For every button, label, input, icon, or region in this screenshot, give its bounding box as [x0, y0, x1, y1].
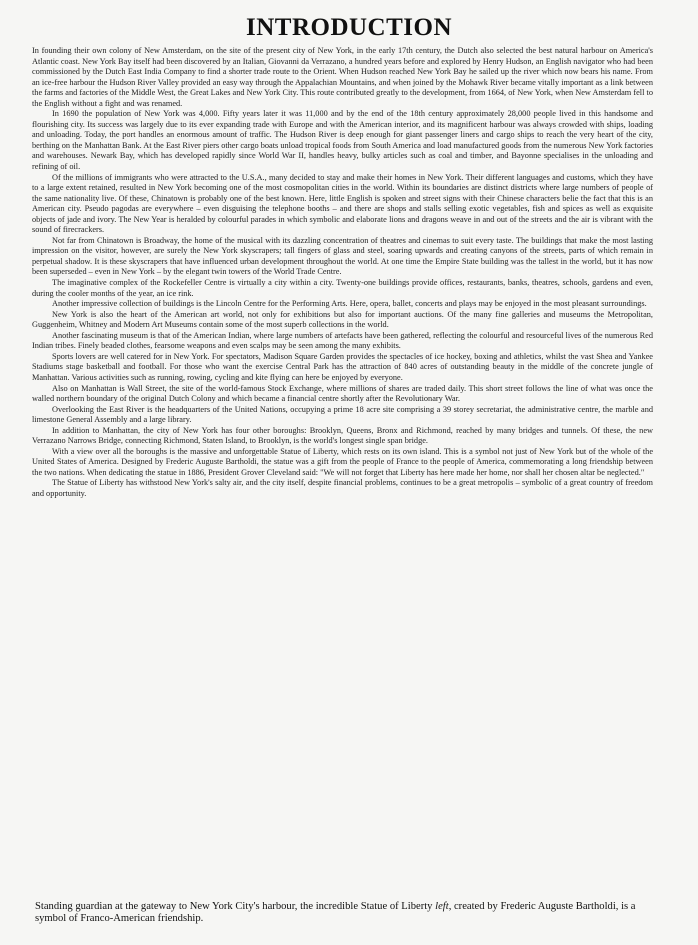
- photo-caption: Standing guardian at the gateway to New …: [35, 901, 660, 925]
- paragraph: With a view over all the boroughs is the…: [32, 447, 653, 479]
- body-text: In founding their own colony of New Amst…: [32, 46, 653, 500]
- document-page: INTRODUCTION In founding their own colon…: [0, 0, 698, 945]
- paragraph: Also on Manhattan is Wall Street, the si…: [32, 384, 653, 405]
- caption-italic: left: [435, 901, 449, 912]
- paragraph: The Statue of Liberty has withstood New …: [32, 478, 653, 499]
- paragraph: Of the millions of immigrants who were a…: [32, 173, 653, 236]
- page-title: INTRODUCTION: [0, 14, 698, 42]
- paragraph: Another fascinating museum is that of th…: [32, 331, 653, 352]
- paragraph: New York is also the heart of the Americ…: [32, 310, 653, 331]
- caption-text: Standing guardian at the gateway to New …: [35, 901, 435, 912]
- paragraph: Overlooking the East River is the headqu…: [32, 405, 653, 426]
- paragraph: In founding their own colony of New Amst…: [32, 46, 653, 109]
- paragraph: In 1690 the population of New York was 4…: [32, 109, 653, 172]
- paragraph: In addition to Manhattan, the city of Ne…: [32, 426, 653, 447]
- paragraph: Not far from Chinatown is Broadway, the …: [32, 236, 653, 278]
- paragraph: The imaginative complex of the Rockefell…: [32, 278, 653, 299]
- paragraph: Another impressive collection of buildin…: [32, 299, 653, 310]
- paragraph: Sports lovers are well catered for in Ne…: [32, 352, 653, 384]
